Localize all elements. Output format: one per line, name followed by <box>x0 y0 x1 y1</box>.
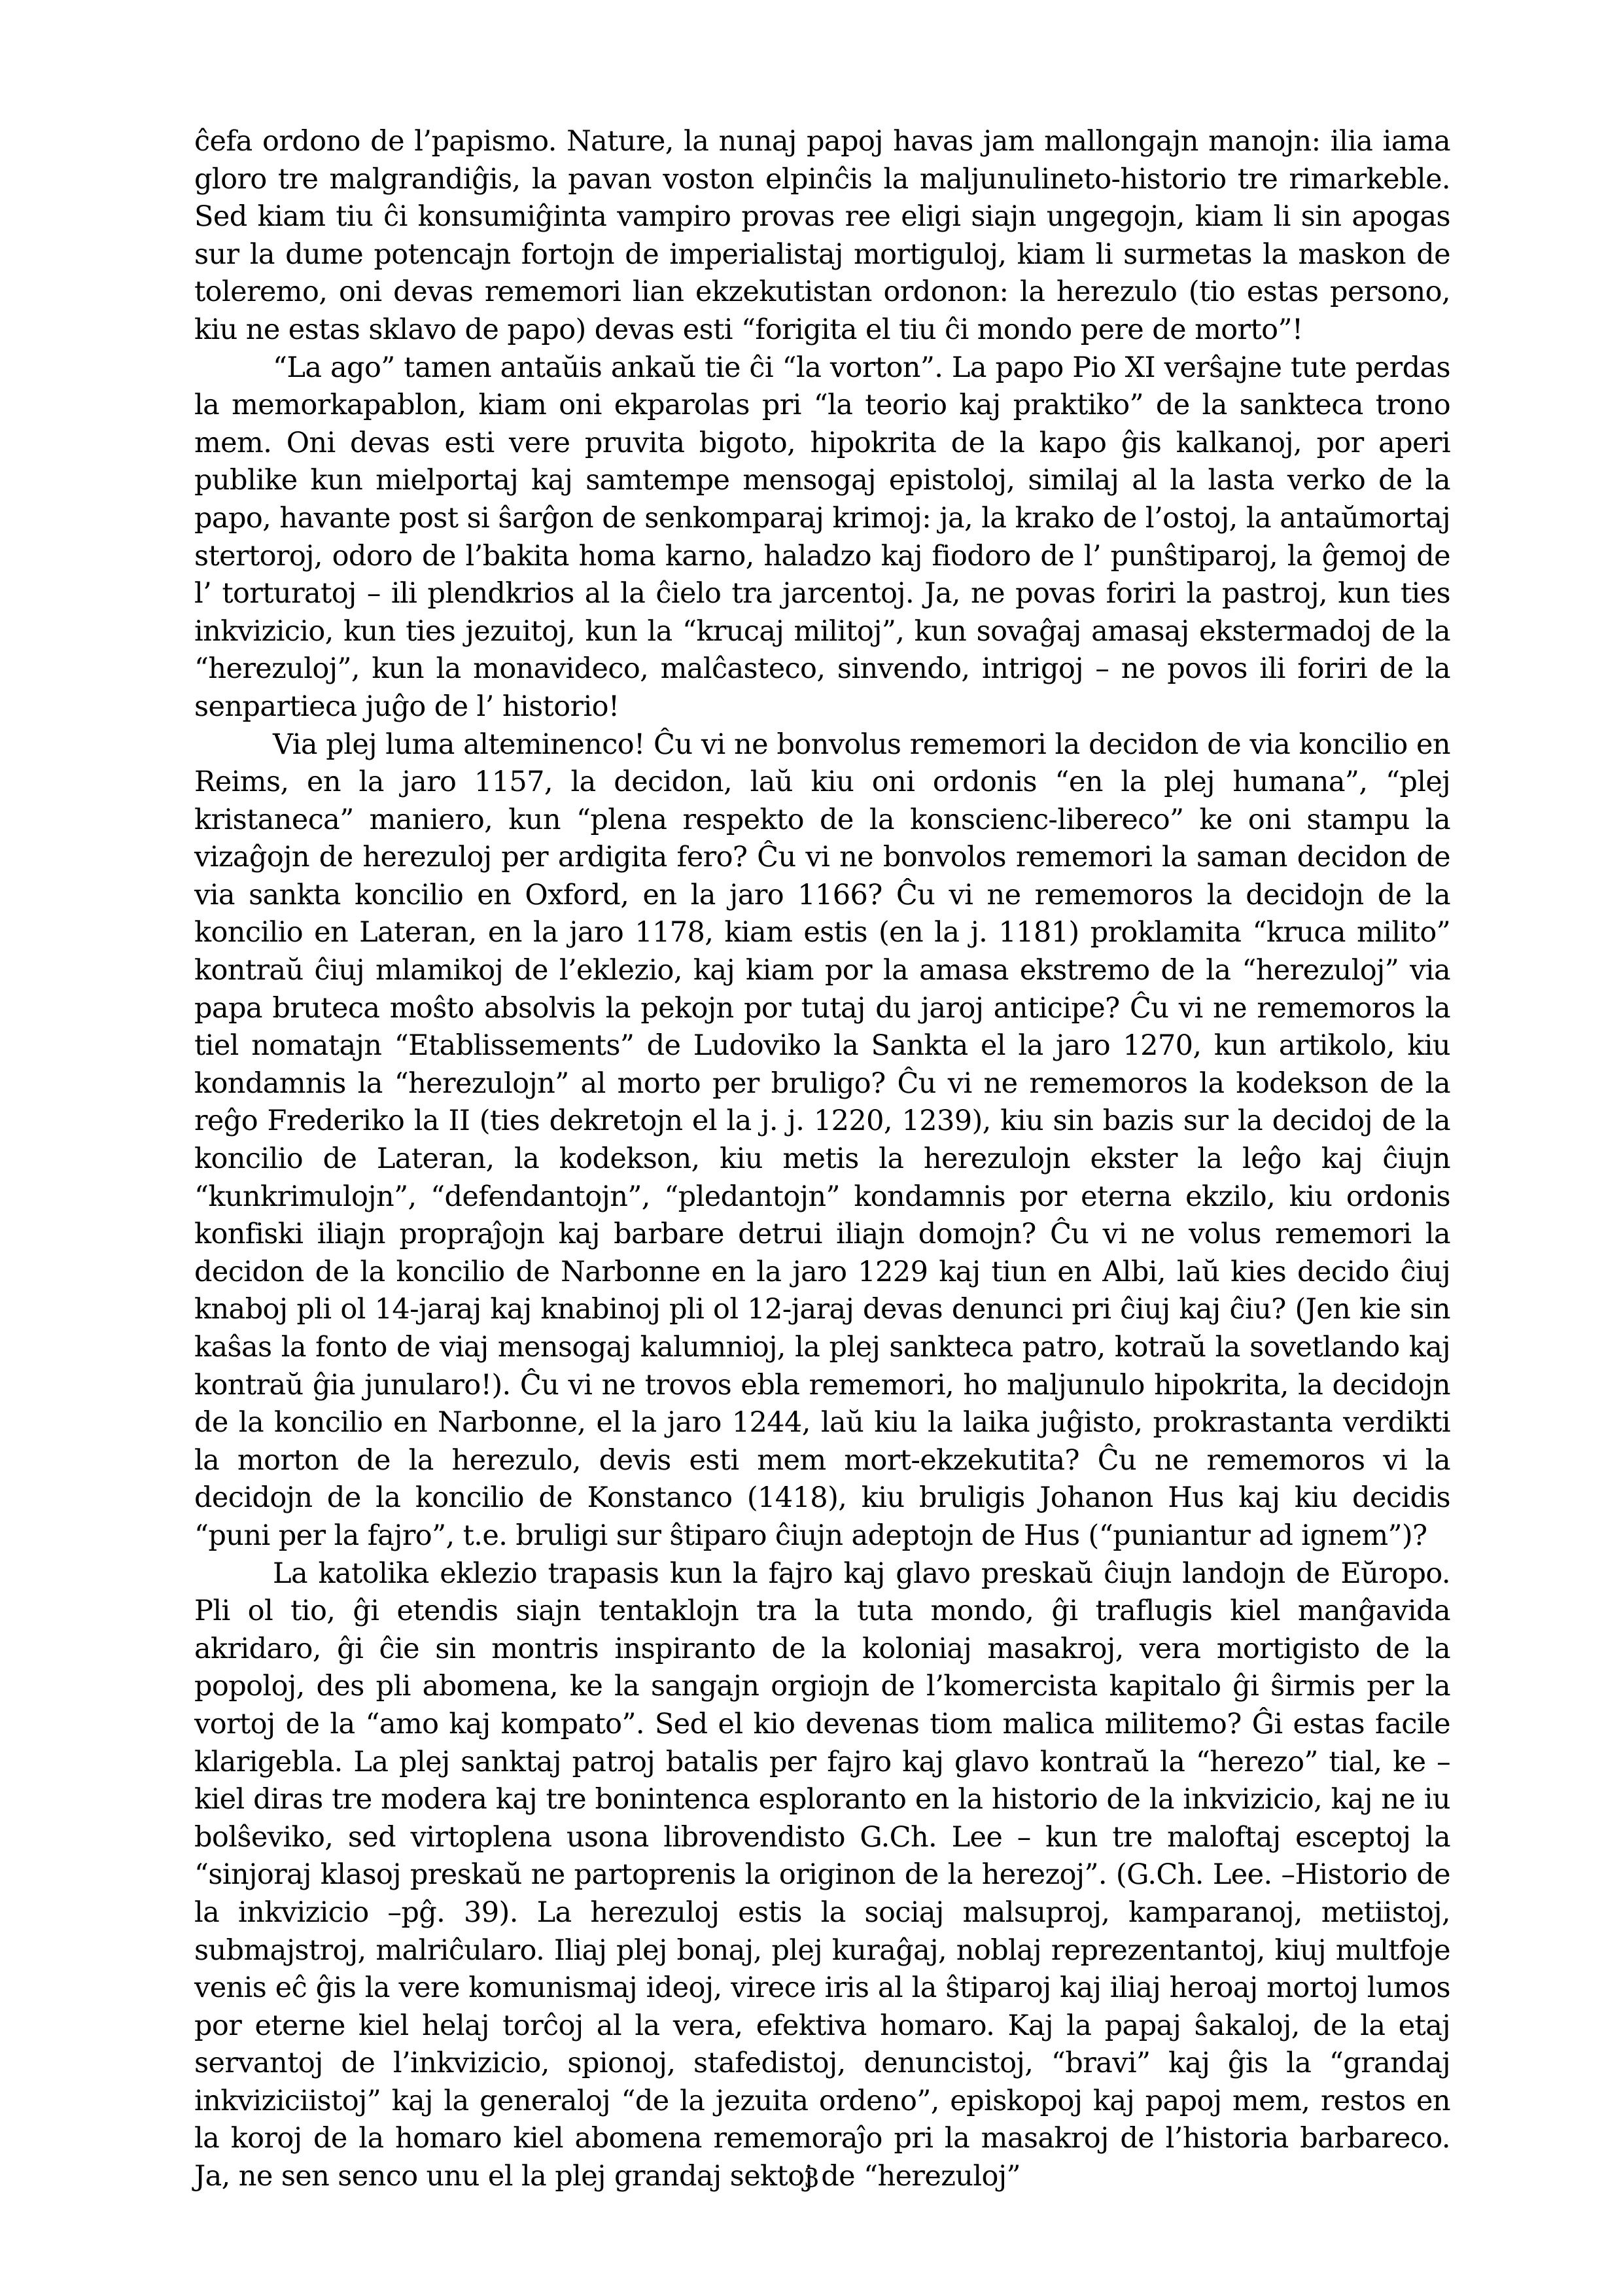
paragraph-1: ĉefa ordono de l’papismo. Nature, la nun… <box>194 123 1450 349</box>
paragraph-4: La katolika eklezio trapasis kun la fajr… <box>194 1555 1450 2196</box>
paragraph-3: Via plej luma alteminenco! Ĉu vi ne bonv… <box>194 726 1450 1555</box>
page-number: 3 <box>0 2161 1623 2194</box>
document-page: ĉefa ordono de l’papismo. Nature, la nun… <box>194 123 1450 2196</box>
paragraph-2: “La ago” tamen antaŭis ankaŭ tie ĉi “la … <box>194 349 1450 726</box>
